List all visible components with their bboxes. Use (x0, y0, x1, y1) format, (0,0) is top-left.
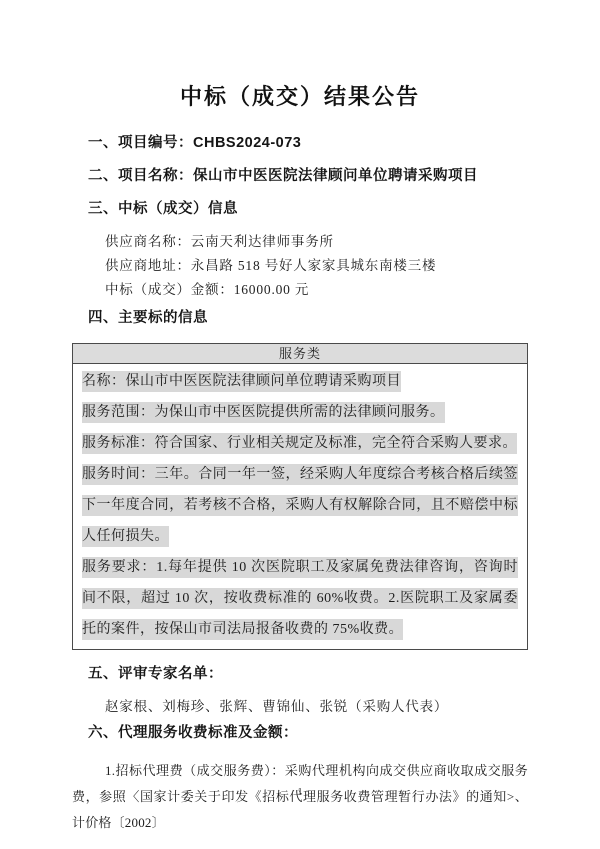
section-6-heading: 六、代理服务收费标准及金额： (88, 725, 528, 742)
section-1-heading: 一、项目编号：CHBS2024-073 (88, 135, 528, 152)
table-row-service-period: 服务时间：三年。合同一年一签，经采购人年度综合考核合格后续签下一年度合同，若考核… (82, 459, 518, 552)
award-amount-line: 中标（成交）金额：16000.00 元 (105, 282, 528, 298)
supplier-name-line: 供应商名称：云南天利达律师事务所 (105, 234, 528, 250)
subject-info-table: 服务类 名称：保山市中医医院法律顾问单位聘请采购项目 服务范围：为保山市中医医院… (72, 343, 528, 650)
table-row-service-scope: 服务范围：为保山市中医医院提供所需的法律顾问服务。 (82, 397, 518, 428)
expert-names-line: 赵家根、刘梅珍、张辉、曹锦仙、张锐（采购人代表） (105, 699, 528, 715)
doc-page: 中标（成交）结果公告 一、项目编号：CHBS2024-073 二、项目名称：保山… (0, 0, 600, 849)
table-row-service-standard: 服务标准：符合国家、行业相关规定及标准，完全符合采购人要求。 (82, 428, 518, 459)
table-body: 名称：保山市中医医院法律顾问单位聘请采购项目 服务范围：为保山市中医医院提供所需… (73, 364, 527, 649)
table-header-service-category: 服务类 (73, 344, 527, 364)
section-3-heading: 三、中标（成交）信息 (88, 201, 528, 218)
supplier-address-line: 供应商地址：永昌路 518 号好人家家具城东南楼三楼 (105, 258, 528, 274)
table-row-service-requirements: 服务要求：1.每年提供 10 次医院职工及家属免费法律咨询，咨询时间不限，超过 … (82, 552, 518, 645)
section-4-heading: 四、主要标的信息 (88, 310, 528, 327)
section-2-heading: 二、项目名称：保山市中医医院法律顾问单位聘请采购项目 (88, 168, 528, 185)
section-5-heading: 五、评审专家名单： (88, 666, 528, 683)
doc-title: 中标（成交）结果公告 (72, 0, 528, 110)
page-number: 1 (0, 786, 600, 798)
table-row-name: 名称：保山市中医医院法律顾问单位聘请采购项目 (82, 366, 518, 397)
